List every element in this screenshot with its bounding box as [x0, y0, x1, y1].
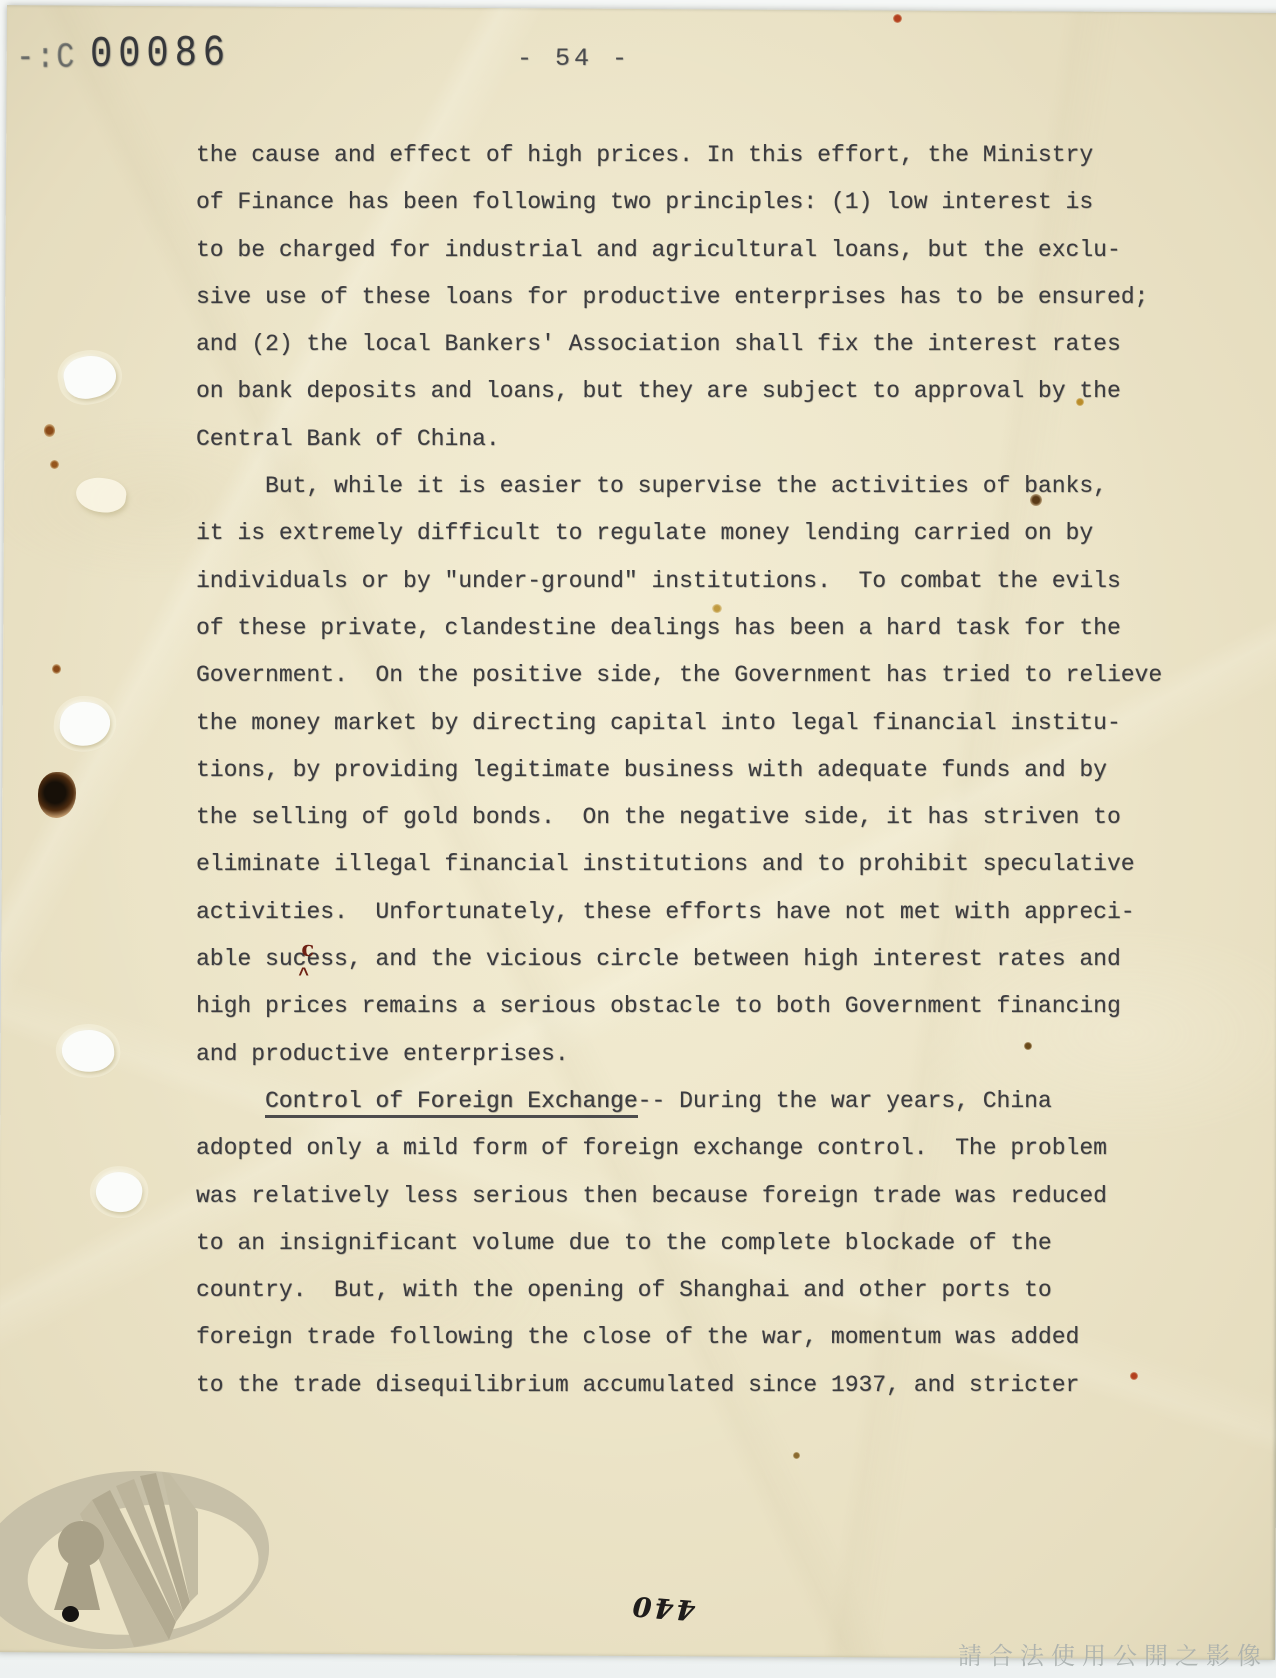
text-line: adopted only a mild form of foreign exch…	[196, 1125, 1200, 1172]
stain-spot	[1130, 1372, 1138, 1380]
text-line: and productive enterprises.	[196, 1031, 1200, 1078]
text-line: sive use of these loans for productive e…	[196, 274, 1200, 321]
text-line: the cause and effect of high prices. In …	[196, 132, 1200, 179]
text-line: the money market by directing capital in…	[196, 700, 1200, 747]
section-heading: Control of Foreign Exchange	[265, 1088, 638, 1118]
text-line: to the trade disequilibrium accumulated …	[196, 1362, 1200, 1409]
text-line: of these private, clandestine dealings h…	[196, 605, 1200, 652]
text-line: to an insignificant volume due to the co…	[196, 1220, 1200, 1267]
text-line: Control of Foreign Exchange-- During the…	[196, 1078, 1200, 1125]
ink-dot	[62, 1606, 79, 1622]
stain-spot	[50, 460, 59, 469]
stain-spot	[793, 1452, 800, 1459]
text-line: country. But, with the opening of Shangh…	[196, 1267, 1200, 1314]
stain-spot	[1030, 494, 1042, 506]
text-line: to be charged for industrial and agricul…	[196, 227, 1200, 274]
copyright-watermark: 請合法使用公開之影像	[958, 1636, 1268, 1671]
text-line: Central Bank of China.	[196, 416, 1200, 463]
text-line: foreign trade following the close of the…	[196, 1314, 1200, 1361]
text-line: eliminate illegal financial institutions…	[196, 841, 1200, 888]
stamp-faint-prefix: -:C	[16, 38, 76, 79]
text-line: But, while it is easier to supervise the…	[196, 463, 1200, 510]
text-line: on bank deposits and loans, but they are…	[196, 368, 1200, 415]
text-line: Government. On the positive side, the Go…	[196, 652, 1200, 699]
handwritten-mark: 440	[629, 1590, 696, 1625]
caret-icon: ^	[298, 953, 309, 1000]
text-line: tions, by providing legitimate business …	[196, 747, 1200, 794]
stain-spot	[1024, 1042, 1032, 1050]
book-lock-archive-logo-icon	[0, 1462, 274, 1662]
stain-spot	[893, 14, 902, 23]
page-number: - 54 -	[517, 44, 631, 73]
stamp-number: 00086	[90, 29, 231, 80]
stain-spot	[52, 664, 61, 674]
stain-spot	[1076, 398, 1084, 406]
text-line: able succ^ess, and the vicious circle be…	[196, 936, 1200, 983]
text-line: the selling of gold bonds. On the negati…	[196, 794, 1200, 841]
archive-stamp: -:C00086	[16, 29, 231, 81]
text-line: activities. Unfortunately, these efforts…	[196, 889, 1200, 936]
text-line: high prices remains a serious obstacle t…	[196, 983, 1200, 1030]
text-body: the cause and effect of high prices. In …	[196, 132, 1200, 1409]
text-line: it is extremely difficult to regulate mo…	[196, 510, 1200, 557]
text-line: was relatively less serious then because…	[196, 1173, 1200, 1220]
text-line: individuals or by "under-ground" institu…	[196, 558, 1200, 605]
stain-spot	[44, 424, 55, 437]
text-line: of Finance has been following two princi…	[196, 179, 1200, 226]
text-line: and (2) the local Bankers' Association s…	[196, 321, 1200, 368]
stain-spot	[712, 604, 722, 613]
